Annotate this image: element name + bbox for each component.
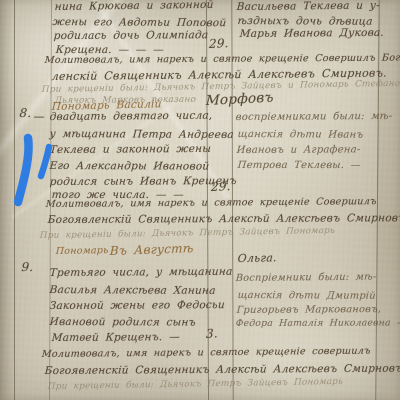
handwriting-line: Ивановъ и Аграфена- bbox=[236, 145, 360, 156]
ruled-line-vertical-day-column-left bbox=[206, 0, 209, 400]
handwriting-line: При крещеніи были: Дьячокъ Петръ Зайцевъ… bbox=[40, 227, 336, 241]
handwriting-line: родилась дочь Олимпіада bbox=[53, 30, 208, 41]
handwriting-line: Молитвовалъ, имя нарекъ и святое крещені… bbox=[45, 197, 377, 209]
register-page-scan: нина Крюкова и законнойжены его Авдотьи … bbox=[0, 0, 400, 400]
handwriting-line: нина Крюкова и законной bbox=[54, 0, 214, 13]
handwriting-line: Морфовъ bbox=[206, 91, 274, 108]
handwriting-line: Богоявленскій Священникъ Алексѣй Алексѣе… bbox=[47, 213, 400, 225]
paper-grain-texture bbox=[0, 0, 400, 400]
handwriting-line: щанскія дѣти Дмитрій bbox=[237, 291, 376, 302]
handwriting-line: — bbox=[33, 111, 45, 122]
handwriting-line: 9. bbox=[21, 261, 34, 273]
ruled-line-vertical-right-margin bbox=[375, 0, 379, 400]
handwriting-line: Ольга. bbox=[237, 252, 277, 264]
handwriting-line: ленскій Священникъ Алексѣй Алексѣевъ Сми… bbox=[51, 67, 387, 82]
handwriting-line: Григорьевъ Марковановъ, bbox=[236, 305, 381, 316]
handwriting-line: Третьяго числа, у мѣщанина bbox=[49, 267, 233, 279]
fold-crease bbox=[10, 99, 178, 220]
ruled-line-vertical-day-column-right bbox=[231, 0, 233, 400]
handwriting-line: Дьячокъ Марковъ показано bbox=[54, 96, 196, 106]
blue-marker-check-icon bbox=[8, 128, 60, 216]
handwriting-line: щанскія дѣти Иванъ bbox=[237, 130, 363, 141]
handwriting-line: Молитвовалъ, имя нарекъ и святое крещені… bbox=[41, 347, 371, 360]
handwriting-line: Васильева Теклева и у- bbox=[236, 0, 380, 12]
page-gutter-shadow bbox=[0, 0, 14, 400]
handwriting-line: Пономарь bbox=[56, 246, 109, 256]
handwriting-line: Матѳей Крещенъ. — bbox=[51, 332, 180, 343]
handwriting-line: Петрова Теклевы. — bbox=[237, 161, 361, 171]
handwriting-line: двадцать девятаго числа, bbox=[49, 111, 212, 123]
fold-crease bbox=[78, 0, 232, 201]
handwriting-line: Его Александры Ивановой bbox=[49, 161, 210, 172]
handwriting-line: Федора Наталія Николаевна — bbox=[235, 318, 400, 328]
handwriting-line: того же числа. — — bbox=[51, 190, 184, 201]
right-margin-tint bbox=[377, 0, 400, 400]
handwriting-line: у мѣщанина Петра Андреева bbox=[49, 129, 234, 140]
handwriting-line: жены его Авдотьи Поповой bbox=[52, 17, 227, 29]
handwriting-line: 3. bbox=[206, 327, 218, 340]
handwriting-line: Василья Алексѣева Ханина bbox=[49, 285, 216, 296]
handwriting-line: Теклева и законной жены bbox=[49, 144, 211, 156]
handwriting-line: ѣздныхъ дочь дѣвица bbox=[237, 16, 373, 27]
handwriting-line: родился сынъ Иванъ Крещенъ bbox=[49, 176, 237, 187]
handwriting-line: Ивановой родился сынъ bbox=[49, 317, 196, 328]
handwriting-line: воспріемниками были: мѣ- bbox=[235, 112, 392, 123]
ruled-line-vertical-left-edge bbox=[14, 0, 15, 400]
handwriting-line: Въ Августѣ bbox=[110, 242, 194, 257]
handwriting-line: 29. bbox=[211, 180, 231, 193]
handwriting-line: Молитвовалъ, имя нарекъ и святое крещені… bbox=[44, 53, 400, 65]
ruled-line-vertical-number-column bbox=[49, 0, 52, 400]
handwriting-line: Крещена. — — — bbox=[55, 45, 164, 56]
handwriting-line: Законной жены его Федосьи bbox=[49, 300, 225, 311]
handwriting-line: При крещеніи были: Дьячокъ Петръ Зайцевъ… bbox=[42, 80, 400, 95]
handwriting-line: При крещеніи были: Дьячокъ Петръ Зайцевъ… bbox=[48, 378, 344, 392]
handwriting-line: 29. bbox=[209, 37, 229, 50]
handwriting-line: Воспріемники были: мѣ- bbox=[235, 273, 376, 284]
paper-blotch-texture bbox=[0, 0, 400, 400]
handwriting-line: 8. bbox=[19, 107, 32, 119]
fold-crease bbox=[0, 0, 126, 189]
handwriting-line: Пономарь Василій bbox=[52, 99, 162, 112]
handwriting-line: Богоявленскій Священникъ Алексѣй Алексѣе… bbox=[44, 363, 400, 376]
handwriting-line: Марья Иванова Дукова. bbox=[239, 28, 384, 40]
